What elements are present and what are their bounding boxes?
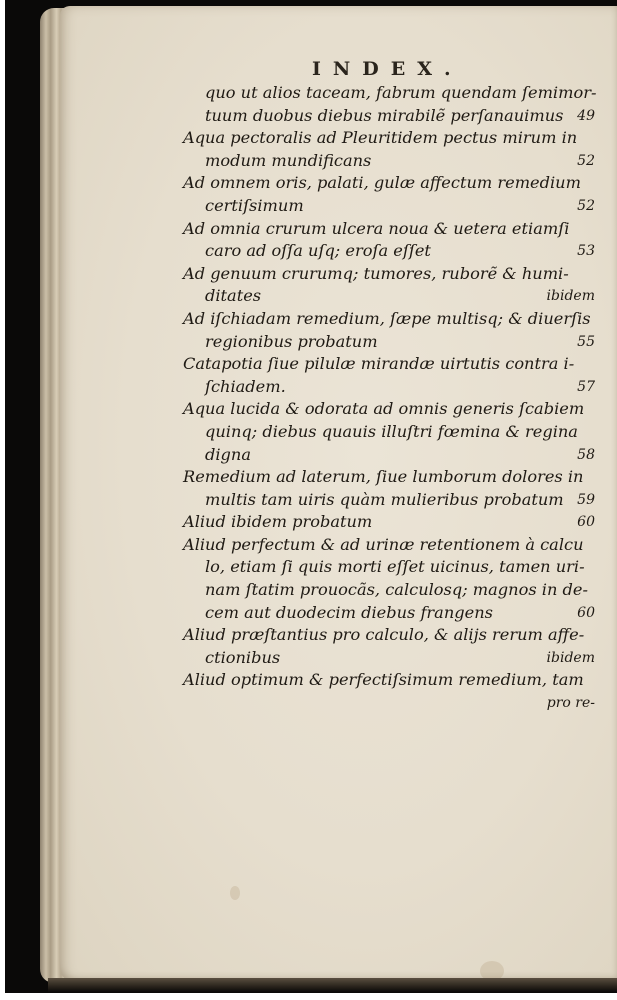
page-ref: 55 xyxy=(577,331,595,354)
line-text: modum mundificans xyxy=(205,150,371,173)
line-text: Aliud ibidem probatum xyxy=(183,511,372,534)
line-text: Aqua lucida & odorata ad omnis generis ſ… xyxy=(183,398,584,421)
index-line: Catapotia ſiue pilulæ mirandæ uirtutis c… xyxy=(183,353,595,376)
line-text: Aliud optimum & perfectiſsimum remedium,… xyxy=(183,669,584,692)
page-ref: ibidem xyxy=(547,647,595,670)
page-ref: 52 xyxy=(577,195,595,218)
index-line: lo, etiam ſi quis morti eſſet uicinus, t… xyxy=(183,556,595,579)
scanned-page-image: INDEX. quo ut alios taceam, fabrum quend… xyxy=(0,0,617,1000)
page-ref: 59 xyxy=(577,489,595,512)
index-line: Ad omnia crurum ulcera noua & uetera eti… xyxy=(183,218,595,241)
line-text: Remedium ad laterum, ſiue lumborum dolor… xyxy=(183,466,583,489)
index-line: regionibus probatum55 xyxy=(183,331,595,354)
index-line: quo ut alios taceam, fabrum quendam ſemi… xyxy=(183,82,595,105)
page-ref: 60 xyxy=(577,511,595,534)
index-line: pro re- xyxy=(183,692,595,715)
line-text: Ad omnem oris, palati, gulæ affectum rem… xyxy=(183,172,581,195)
line-text: Ad genuum crurumq; tumores, ruborẽ & hum… xyxy=(183,263,569,286)
line-text: Aqua pectoralis ad Pleuritidem pectus mi… xyxy=(183,127,577,150)
line-text: digna xyxy=(205,444,251,467)
index-line: tuum duobus diebus mirabilẽ perſanauimus… xyxy=(183,105,595,128)
index-line: ditatesibidem xyxy=(183,285,595,308)
index-line: Aliud optimum & perfectiſsimum remedium,… xyxy=(183,669,595,692)
line-text: ctionibus xyxy=(205,647,280,670)
page-ref: 58 xyxy=(577,444,595,467)
line-text: ſchiadem. xyxy=(205,376,286,399)
index-line: ſchiadem.57 xyxy=(183,376,595,399)
index-entries: quo ut alios taceam, fabrum quendam ſemi… xyxy=(183,82,595,715)
line-text: quinq; diebus quauis illuſtri fœmina & r… xyxy=(205,421,578,444)
index-line: Aqua lucida & odorata ad omnis generis ſ… xyxy=(183,398,595,421)
index-line: Ad iſchiadam remedium, ſæpe multisq; & d… xyxy=(183,308,595,331)
index-line: Aliud perfectum & ad urinæ retentionem à… xyxy=(183,534,595,557)
index-line: Ad genuum crurumq; tumores, ruborẽ & hum… xyxy=(183,263,595,286)
line-text: Aliud præſtantius pro calculo, & alijs r… xyxy=(183,624,584,647)
line-text: Ad omnia crurum ulcera noua & uetera eti… xyxy=(183,218,569,241)
line-text: caro ad oſſa uſq; eroſa eſſet xyxy=(205,240,431,263)
line-text: Ad iſchiadam remedium, ſæpe multisq; & d… xyxy=(183,308,591,331)
paper-stain xyxy=(230,886,240,900)
line-text: Catapotia ſiue pilulæ mirandæ uirtutis c… xyxy=(183,353,574,376)
page-ref: 60 xyxy=(577,602,595,625)
page-title: INDEX. xyxy=(312,58,463,80)
line-text: Aliud perfectum & ad urinæ retentionem à… xyxy=(183,534,584,557)
index-line: cem aut duodecim diebus frangens60 xyxy=(183,602,595,625)
page-ref: 52 xyxy=(577,150,595,173)
index-line: digna58 xyxy=(183,444,595,467)
index-line: quinq; diebus quauis illuſtri fœmina & r… xyxy=(183,421,595,444)
index-line: Aliud præſtantius pro calculo, & alijs r… xyxy=(183,624,595,647)
index-line: multis tam uiris quàm mulieribus probatu… xyxy=(183,489,595,512)
line-text: cem aut duodecim diebus frangens xyxy=(205,602,493,625)
line-text: tuum duobus diebus mirabilẽ perſanauimus xyxy=(205,105,563,128)
page-ref: 49 xyxy=(577,105,595,128)
page-ref: 53 xyxy=(577,240,595,263)
index-line: Remedium ad laterum, ſiue lumborum dolor… xyxy=(183,466,595,489)
page-ref: 57 xyxy=(577,376,595,399)
line-text: certiſsimum xyxy=(205,195,304,218)
line-text: multis tam uiris quàm mulieribus probatu… xyxy=(205,489,564,512)
index-line: caro ad oſſa uſq; eroſa eſſet53 xyxy=(183,240,595,263)
page-bottom-shadow xyxy=(48,978,617,992)
line-text: nam ſtatim prouocãs, calculosq; magnos i… xyxy=(205,579,588,602)
page-ref: ibidem xyxy=(547,285,595,308)
catchword: pro re- xyxy=(547,692,595,715)
line-text: ditates xyxy=(205,285,261,308)
index-line: Aqua pectoralis ad Pleuritidem pectus mi… xyxy=(183,127,595,150)
line-text: lo, etiam ſi quis morti eſſet uicinus, t… xyxy=(205,556,585,579)
index-line: modum mundificans52 xyxy=(183,150,595,173)
line-text: regionibus probatum xyxy=(205,331,378,354)
index-line: Ad omnem oris, palati, gulæ affectum rem… xyxy=(183,172,595,195)
line-text: quo ut alios taceam, fabrum quendam ſemi… xyxy=(205,82,596,105)
index-line: certiſsimum52 xyxy=(183,195,595,218)
index-line: nam ſtatim prouocãs, calculosq; magnos i… xyxy=(183,579,595,602)
index-line: ctionibusibidem xyxy=(183,647,595,670)
index-line: Aliud ibidem probatum60 xyxy=(183,511,595,534)
